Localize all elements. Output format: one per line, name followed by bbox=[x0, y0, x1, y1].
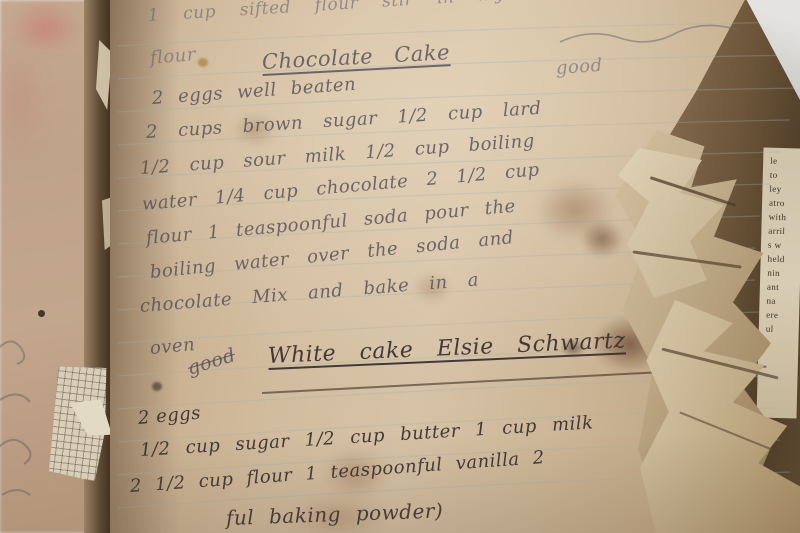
stain bbox=[580, 220, 624, 258]
scribble-mark bbox=[560, 25, 738, 42]
dark-speck bbox=[152, 382, 162, 391]
photo-frame: le to ley atro with arril s w held nin a… bbox=[0, 0, 800, 533]
handwriting-line: flour bbox=[149, 44, 197, 69]
stain bbox=[198, 58, 208, 67]
margin-note-good: good bbox=[555, 55, 603, 79]
page-bottom-shadow bbox=[110, 433, 800, 533]
handwriting-line: oven bbox=[149, 334, 196, 359]
